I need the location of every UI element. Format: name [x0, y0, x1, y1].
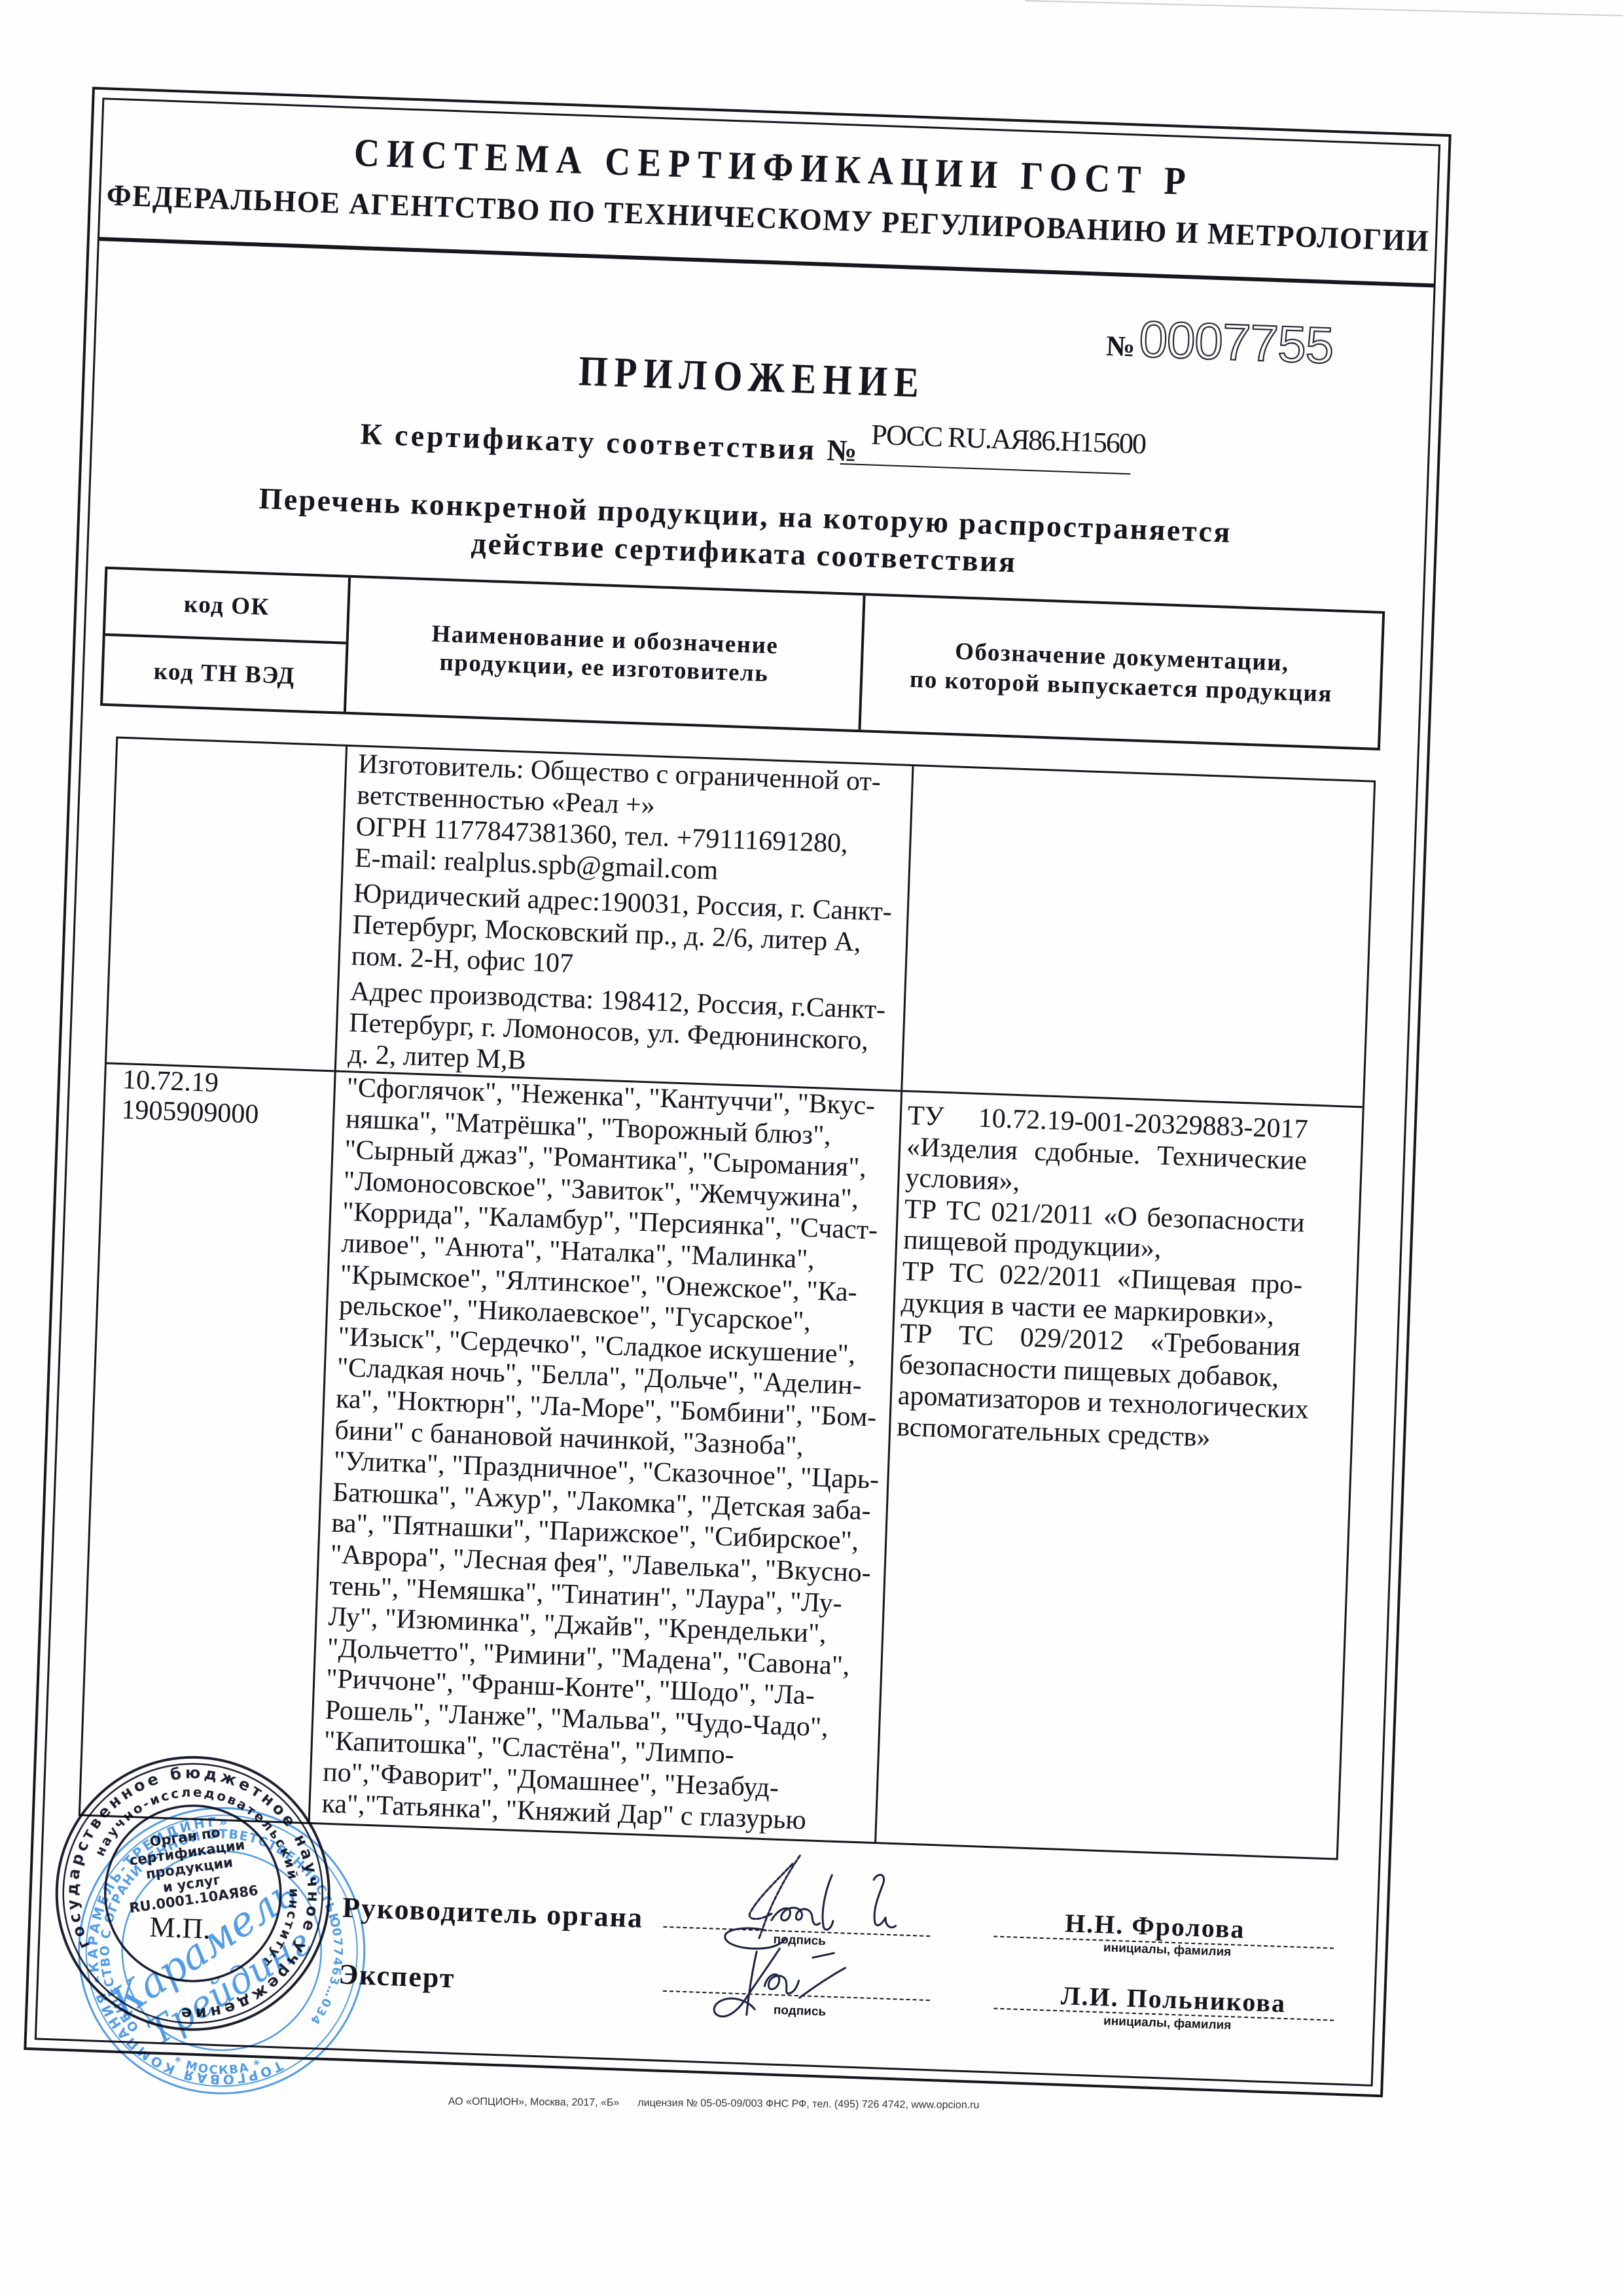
- header-code-ok: код ОК: [105, 569, 348, 642]
- header-documentation: Обозначение документации, по которой вып…: [858, 595, 1382, 748]
- table-cell-documentation: [901, 766, 1374, 1106]
- head-handwritten-signature: [719, 1852, 899, 1959]
- number-sign: №: [1105, 329, 1135, 364]
- code-tnved-value: 1905909000: [121, 1095, 333, 1132]
- expert-handwritten-signature: [707, 1945, 847, 2024]
- header-product-name: Наименование и обозначение продукции, ее…: [344, 578, 863, 730]
- table-cell-codes: [107, 739, 346, 1070]
- table-cell-documentation: ТУ 10.72.19-001-20329883-2017 «Изделия с…: [874, 1090, 1363, 1858]
- printer-imprint: АО «ОПЦИОН», Москва, 2017, «Б»лицензия №…: [448, 2094, 980, 2114]
- printer-license: лицензия № 05-05-09/003 ФНС РФ, тел. (49…: [637, 2098, 979, 2111]
- table-cell-manufacturer: Изготовитель: Общество с ограниченной от…: [334, 747, 912, 1090]
- header-code-tnved: код ТН ВЭД: [103, 633, 346, 712]
- header-code-tnved-label: код ТН ВЭД: [153, 657, 295, 690]
- certificate-appendix-sheet: СИСТЕМА СЕРТИФИКАЦИИ ГОСТ Р ФЕДЕРАЛЬНОЕ …: [24, 87, 1452, 2098]
- scan-edge-line: [1025, 0, 1623, 16]
- header-code-ok-label: код ОК: [183, 590, 270, 622]
- printer-publisher: АО «ОПЦИОН», Москва, 2017, «Б»: [448, 2096, 620, 2109]
- table-cell-codes: 10.72.19 1905909000: [80, 1062, 334, 1822]
- table-cell-products: "Сфоглячок", "Неженка", "Кантуччи", "Вку…: [308, 1070, 901, 1842]
- certification-body-stamp: государственное бюджетное научное учрежд…: [37, 1738, 349, 2049]
- products-table: Изготовитель: Общество с ограниченной от…: [79, 737, 1376, 1860]
